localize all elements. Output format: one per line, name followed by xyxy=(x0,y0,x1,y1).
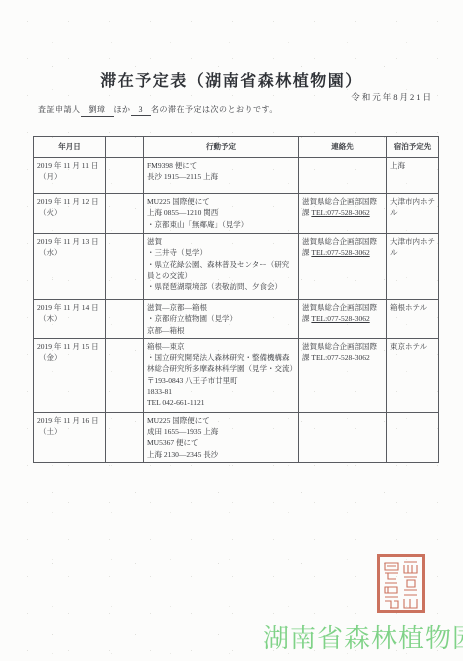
contact-cell: 滋賀県総合企画部国際課 TEL:077-528-3062 xyxy=(299,338,387,412)
date-value: 2019 年 11 月 12 日 xyxy=(37,196,102,207)
column-header-action: 行動予定 xyxy=(144,137,299,158)
action-cell: MU225 国際便にて 上海 0855—1210 関西 ・京都東山「無鄰庵」（見… xyxy=(144,194,299,234)
action-line: 滋賀—京都—箱根 xyxy=(147,302,295,313)
document-date: 令和元年8月21日 xyxy=(351,91,433,103)
contact-cell: 滋賀県総合企画部国際課 TEL:077-528-3062 xyxy=(299,234,387,300)
table-row: 2019 年 11 月 13 日 （水） 滋賀 ・三井寺（見学） ・県立花緑公園… xyxy=(34,234,439,300)
hotel-cell: 箱根ホテル xyxy=(387,300,439,339)
blank-cell xyxy=(106,158,144,194)
action-line: ・県立花緑公園、森林普及センター（研究員との交流） xyxy=(147,259,295,282)
date-cell: 2019 年 11 月 14 日 （木） xyxy=(34,300,106,339)
action-cell: 箱根—東京 ・国立研究開発法人森林研究・整備機構森林総合研究所多摩森林科学園（見… xyxy=(144,338,299,412)
contact-cell: 滋賀県総合企画部国際課 TEL:077-528-3062 xyxy=(299,194,387,234)
date-value: 2019 年 11 月 13 日 xyxy=(37,236,102,247)
intro-prefix: 査証申請人 xyxy=(38,105,81,114)
action-line: 京都—箱根 xyxy=(147,325,295,336)
table-header-row: 年月日 行動予定 連絡先 宿泊予定先 xyxy=(34,137,439,158)
table-row: 2019 年 11 月 15 日 （金） 箱根—東京 ・国立研究開発法人森林研究… xyxy=(34,338,439,412)
weekday-value: （水） xyxy=(37,247,102,258)
action-cell: FM9398 便にて 長沙 1915—2115 上海 xyxy=(144,158,299,194)
action-line: 滋賀 xyxy=(147,236,295,247)
weekday-value: （木） xyxy=(37,313,102,324)
contact-tel: TEL:077-528-3062 xyxy=(311,248,369,257)
action-cell: MU225 国際便にて 成田 1655—1935 上海 MU5367 便にて 上… xyxy=(144,412,299,462)
table-row: 2019 年 11 月 16 日 （土） MU225 国際便にて 成田 1655… xyxy=(34,412,439,462)
intro-suffix: 名の滞在予定は次のとおりです。 xyxy=(151,105,278,114)
hotel-cell: 東京ホテル xyxy=(387,338,439,412)
action-line: ・県琵琶湖環境部（表敬訪問、夕食会） xyxy=(147,281,295,292)
applicant-count: 3 xyxy=(131,105,152,116)
date-cell: 2019 年 11 月 11 日 （月） xyxy=(34,158,106,194)
weekday-value: （火） xyxy=(37,207,102,218)
column-header-contact: 連絡先 xyxy=(299,137,387,158)
date-value: 2019 年 11 月 15 日 xyxy=(37,341,102,352)
intro-middle: ほか xyxy=(114,105,131,114)
column-header-hotel: 宿泊予定先 xyxy=(387,137,439,158)
action-cell: 滋賀 ・三井寺（見学） ・県立花緑公園、森林普及センター（研究員との交流） ・県… xyxy=(144,234,299,300)
blank-cell xyxy=(106,194,144,234)
date-value: 2019 年 11 月 16 日 xyxy=(37,415,102,426)
weekday-value: （月） xyxy=(37,171,102,182)
date-value: 2019 年 11 月 14 日 xyxy=(37,302,102,313)
action-line: 〒193-0843 八王子市廿里町 xyxy=(147,375,295,386)
action-line: ・京都府立植物園（見学） xyxy=(147,313,295,324)
contact-tel: TEL:077-528-3062 xyxy=(311,208,369,217)
seal-glyphs xyxy=(377,554,425,613)
action-line: MU225 国際便にて xyxy=(147,196,295,207)
date-cell: 2019 年 11 月 12 日 （火） xyxy=(34,194,106,234)
document-title: 滞在予定表（湖南省森林植物園） xyxy=(0,68,463,91)
table-row: 2019 年 11 月 11 日 （月） FM9398 便にて 長沙 1915—… xyxy=(34,158,439,194)
action-line: ・三井寺（見学） xyxy=(147,247,295,258)
red-seal-stamp xyxy=(377,554,425,613)
action-line: ・国立研究開発法人森林研究・整備機構森林総合研究所多摩森林科学園（見学・交流） xyxy=(147,352,295,375)
applicant-name: 劉璋 xyxy=(81,104,114,117)
contact-cell xyxy=(299,158,387,194)
blank-cell xyxy=(106,234,144,300)
date-cell: 2019 年 11 月 16 日 （土） xyxy=(34,412,106,462)
table-row: 2019 年 11 月 12 日 （火） MU225 国際便にて 上海 0855… xyxy=(34,194,439,234)
action-line: MU225 国際便にて xyxy=(147,415,295,426)
action-line: 上海 0855—1210 関西 xyxy=(147,207,295,218)
weekday-value: （金） xyxy=(37,352,102,363)
action-line: ・京都東山「無鄰庵」（見学） xyxy=(147,219,295,230)
weekday-value: （土） xyxy=(37,426,102,437)
hotel-cell xyxy=(387,412,439,462)
blank-cell xyxy=(106,412,144,462)
applicant-intro-line: 査証申請人劉璋ほか3名の滞在予定は次のとおりです。 xyxy=(38,104,278,117)
date-cell: 2019 年 11 月 13 日 （水） xyxy=(34,234,106,300)
action-line: 長沙 1915—2115 上海 xyxy=(147,171,295,182)
action-line: 箱根—東京 xyxy=(147,341,295,352)
date-cell: 2019 年 11 月 15 日 （金） xyxy=(34,338,106,412)
action-line: 1833-81 xyxy=(147,386,295,397)
action-line: 成田 1655—1935 上海 xyxy=(147,426,295,437)
hotel-cell: 大津市内ホテル xyxy=(387,194,439,234)
blank-cell xyxy=(106,338,144,412)
action-cell: 滋賀—京都—箱根 ・京都府立植物園（見学） 京都—箱根 xyxy=(144,300,299,339)
action-line: 上海 2130—2345 長沙 xyxy=(147,449,295,460)
date-value: 2019 年 11 月 11 日 xyxy=(37,160,102,171)
hotel-cell: 大津市内ホテル xyxy=(387,234,439,300)
action-line: MU5367 便にて xyxy=(147,437,295,448)
contact-tel: TEL:077-528-3062 xyxy=(311,314,369,323)
blank-cell xyxy=(106,300,144,339)
table-row: 2019 年 11 月 14 日 （木） 滋賀—京都—箱根 ・京都府立植物園（見… xyxy=(34,300,439,339)
column-header-blank xyxy=(106,137,144,158)
stay-schedule-table: 年月日 行動予定 連絡先 宿泊予定先 2019 年 11 月 11 日 （月） … xyxy=(33,136,439,463)
garden-name-signature: 湖南省森林植物园 xyxy=(263,618,463,655)
contact-tel: TEL:077-528-3062 xyxy=(311,353,369,362)
action-line: FM9398 便にて xyxy=(147,160,295,171)
contact-cell xyxy=(299,412,387,462)
action-line: TEL 042-661-1121 xyxy=(147,397,295,408)
hotel-cell: 上海 xyxy=(387,158,439,194)
contact-cell: 滋賀県総合企画部国際課 TEL:077-528-3062 xyxy=(299,300,387,339)
column-header-date: 年月日 xyxy=(34,137,106,158)
